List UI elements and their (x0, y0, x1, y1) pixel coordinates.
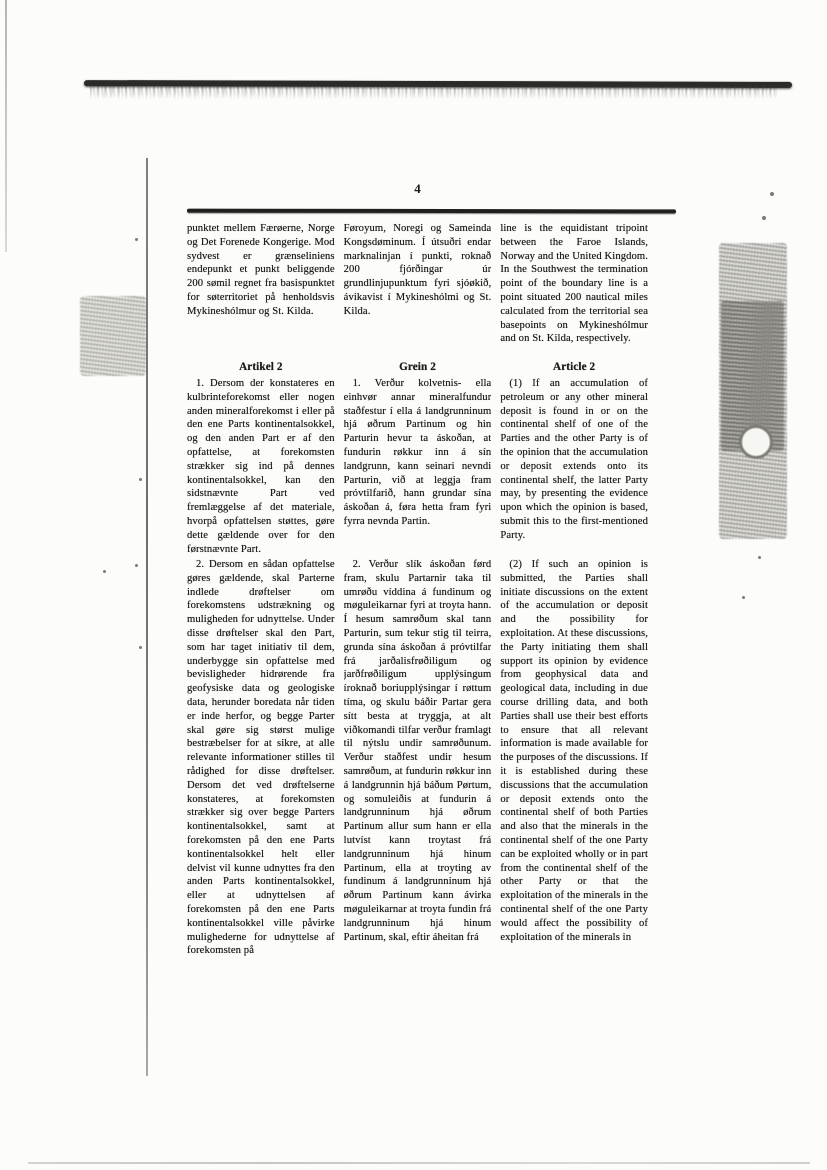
scan-speck (742, 596, 745, 599)
scan-speck (139, 478, 142, 481)
left-margin-fold-line (146, 158, 148, 1076)
header-rule (187, 209, 676, 214)
scan-speck (758, 556, 761, 559)
danish-paragraph-1: 1. Dersom der konstateres en kulbrintefo… (187, 377, 335, 558)
english-paragraph-1-text: (1) If an accumulation of petroleum or a… (500, 377, 648, 543)
bottom-scan-line (28, 1162, 810, 1164)
english-article-heading: Article 2 (500, 360, 648, 377)
punch-hole-mark (739, 425, 773, 459)
faroese-paragraph-2-text: 2. Verður slík áskoðan førd fram, skulu … (344, 558, 492, 944)
danish-continuation: punktet mellem Færøerne, Norge og Det Fo… (187, 222, 335, 360)
english-paragraph-2: (2) If such an opinion is submitted, the… (500, 558, 648, 958)
english-paragraph-2-text: (2) If such an opinion is submitted, the… (500, 558, 648, 944)
scan-speck (135, 564, 138, 567)
danish-paragraph-1-text: 1. Dersom der konstateres en kulbrintefo… (187, 377, 335, 556)
scan-noise-left (80, 296, 146, 376)
danish-paragraph-2-text: 2. Dersom en sådan opfattelse gøres gæld… (187, 558, 335, 958)
english-continuation-text: line is the equidistant tripoint between… (500, 222, 648, 346)
danish-paragraph-2: 2. Dersom en sådan opfattelse gøres gæld… (187, 558, 335, 958)
faroese-paragraph-1: 1. Verður kolvetnis- ella einhvør annar … (344, 377, 492, 558)
treaty-columns: punktet mellem Færøerne, Norge og Det Fo… (187, 222, 648, 958)
scan-speck (135, 238, 138, 241)
scanned-treaty-page: 4 punktet mellem Færøerne, Norge og Det … (0, 0, 827, 1170)
faroese-continuation-text: Føroyum, Noregi og Sameinda Kongsdøminum… (344, 222, 492, 319)
faroese-article-heading: Grein 2 (344, 360, 492, 377)
scan-speck (762, 216, 766, 220)
scan-smudge-band (84, 78, 792, 102)
scan-noise-right (719, 243, 787, 539)
scan-edge-line (5, 0, 7, 252)
faroese-paragraph-2: 2. Verður slík áskoðan førd fram, skulu … (344, 558, 492, 958)
page-number: 4 (187, 181, 648, 197)
english-continuation: line is the equidistant tripoint between… (500, 222, 648, 360)
faroese-continuation: Føroyum, Noregi og Sameinda Kongsdøminum… (344, 222, 492, 360)
danish-article-heading: Artikel 2 (187, 360, 335, 377)
scan-speck (139, 646, 142, 649)
danish-continuation-text: punktet mellem Færøerne, Norge og Det Fo… (187, 222, 335, 319)
english-paragraph-1: (1) If an accumulation of petroleum or a… (500, 377, 648, 558)
faroese-paragraph-1-text: 1. Verður kolvetnis- ella einhvør annar … (344, 377, 492, 529)
scan-speck (770, 192, 774, 196)
scan-speck (103, 570, 106, 573)
scan-smudge-fuzz (90, 86, 777, 100)
